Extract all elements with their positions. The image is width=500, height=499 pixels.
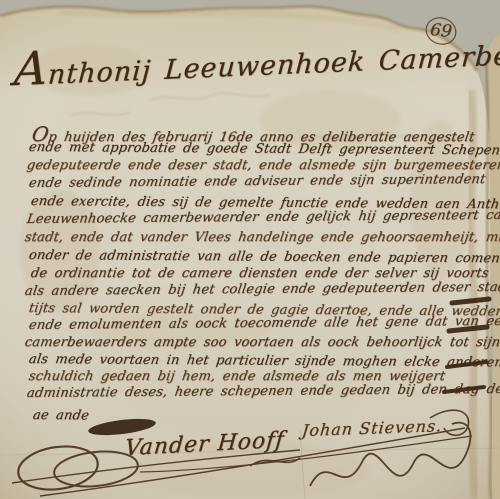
paper-background [0,0,500,499]
manuscript-page: 69 Anthonij Leeuwenhoek Camerbewaerd. Op… [0,0,500,499]
